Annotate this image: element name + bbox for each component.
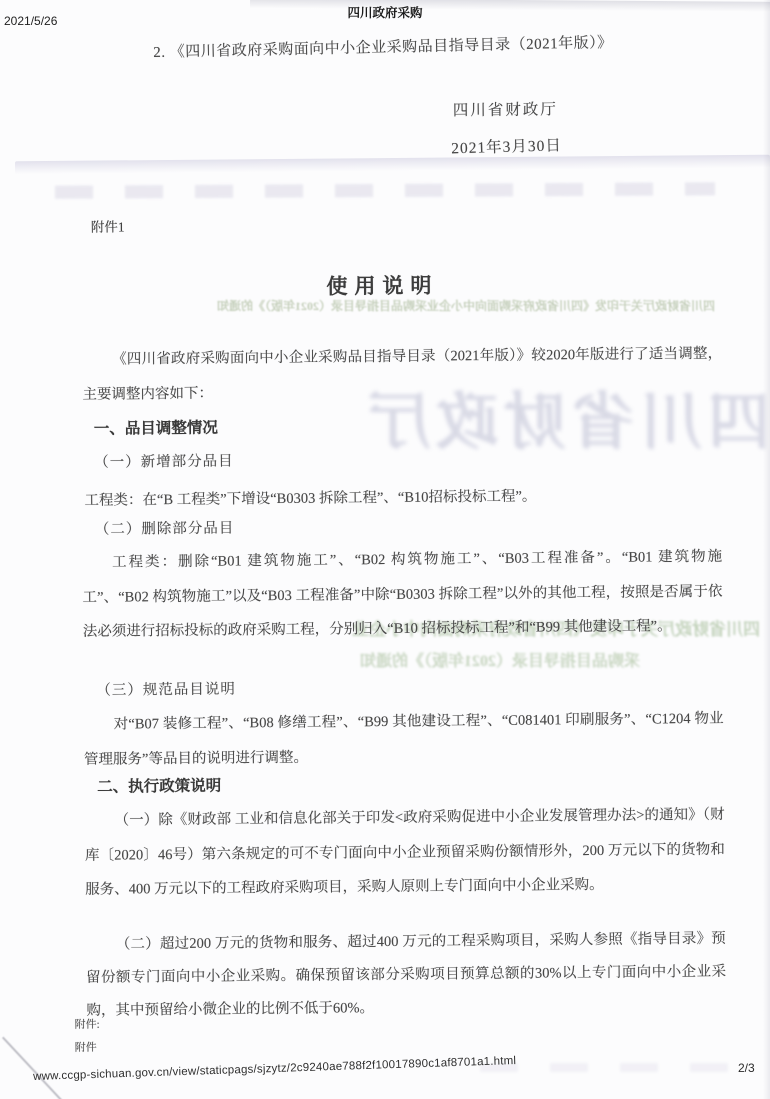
attachment-label: 附件1 — [91, 215, 125, 235]
doc-title: 使用说明 — [0, 266, 768, 303]
section2-heading: 二、执行政策说明 — [97, 774, 221, 797]
section1-sub3-body: 对“B07 装修工程”、“B08 修缮工程”、“B99 其他建设工程”、“C08… — [84, 702, 725, 777]
subject-line: 2. 《四川省政府采购面向中小企业采购品目指导目录（2021年版）》 — [153, 31, 613, 62]
issuer-name: 四川省财政厅 — [453, 97, 558, 120]
section2-para1: （一）除《财政部 工业和信息化部关于印发<政府采购促进中小企业发展管理办法>的通… — [84, 798, 725, 908]
section1-sub2-heading: （二）删除部分品目 — [95, 516, 235, 538]
section2-para2: （二）超过200 万元的货物和服务、超过400 万元的工程采购项目，采购人参照《… — [86, 923, 727, 1028]
footer-attachment-label-1: 附件: — [74, 1016, 99, 1032]
section1-sub1-body: 工程类：在“B 工程类”下增设“B0303 拆除工程”、“B10招标投标工程”。 — [84, 478, 724, 519]
section1-sub1-heading: （一）新增部分品目 — [94, 449, 234, 471]
section1-sub2-body: 工程类：删除“B01 建筑物施工”、“B02 构筑物施工”、“B03工程准备”。… — [82, 540, 723, 650]
footer-attachment-label-2: 附件 — [75, 1039, 97, 1055]
document-body: 2. 《四川省政府采购面向中小企业采购品目指导目录（2021年版）》 四川省财政… — [0, 0, 770, 1099]
intro-paragraph: 《四川省政府采购面向中小企业采购品目指导目录（2021年版）》较2020年版进行… — [82, 337, 723, 412]
section1-sub3-heading: （三）规范品目说明 — [96, 677, 236, 699]
scanned-page: 四川省财政厅关于印发《四川省政府采购面向中小企业采购品目指导目录（2021年版）… — [0, 0, 770, 1099]
page-indicator: 2/3 — [738, 1061, 755, 1075]
issue-date: 2021年3月30日 — [451, 133, 562, 158]
section1-heading: 一、品目调整情况 — [94, 416, 218, 439]
